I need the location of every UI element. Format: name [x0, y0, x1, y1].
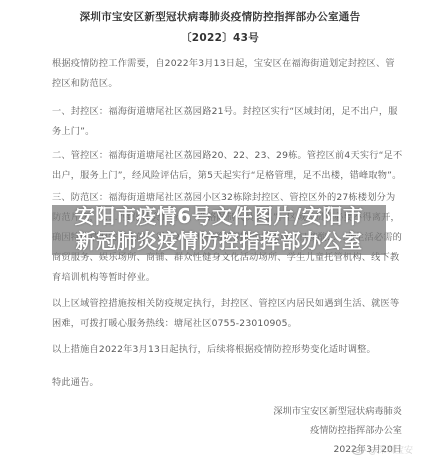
caption-line-1: 安阳市疫情6号文件图片/安阳市 — [52, 204, 386, 229]
watermark-text: @深圳宝安 — [368, 443, 413, 456]
watermark: @深圳宝安 — [352, 443, 413, 456]
signature-org-line2: 疫情防控指挥部办公室 — [310, 421, 402, 440]
caption-overlay: 安阳市疫情6号文件图片/安阳市 新冠肺炎疫情防控指挥部办公室 — [52, 204, 386, 254]
paragraph-closing: 特此通告。 — [52, 373, 404, 393]
signature-org-line1: 深圳市宝安区新型冠状病毒肺炎 — [273, 402, 402, 421]
paragraph-sealed-zone: 一、封控区：福海街道塘尾社区荔园路21号。封控区实行“区域封闭，足不出户，服务上… — [52, 102, 404, 142]
paragraph-effective-date: 以上措施自2022年3月13日起执行，后续将根据疫情防控形势变化适时调整。 — [52, 340, 404, 360]
caption-line-2: 新冠肺炎疫情防控指挥部办公室 — [52, 229, 386, 254]
paragraph-intro: 根据疫情防控工作需要，自2022年3月13日起，宝安区在福海街道划定封控区、管控… — [52, 54, 404, 94]
weibo-icon — [352, 445, 366, 455]
document-number: 〔2022〕43号 — [0, 30, 440, 45]
document-title: 深圳市宝安区新型冠状病毒肺炎疫情防控指挥部办公室通告 — [0, 9, 440, 24]
paragraph-control-zone: 二、管控区：福海街道塘尾社区荔园路20、22、23、29栋。管控区前4天实行“足… — [52, 146, 404, 186]
paragraph-hotline: 以上区域管控措施按相关防疫规定执行，封控区、管控区内居民如遇到生活、就医等困难，… — [52, 294, 404, 334]
